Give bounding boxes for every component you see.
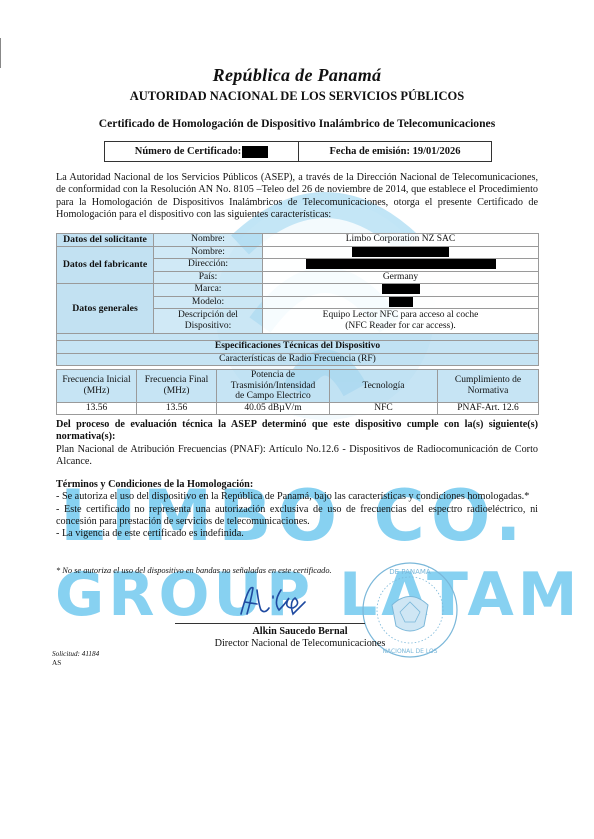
- rf-title: Características de Radio Frecuencia (RF): [57, 353, 539, 366]
- applicant-name-label: Nombre:: [154, 234, 263, 247]
- rf-specs-table: Frecuencia Inicial(MHz) Frecuencia Final…: [56, 369, 539, 415]
- description-label-line1: Descripción del: [156, 310, 260, 321]
- model-redacted: [389, 297, 413, 307]
- terms-heading: Términos y Condiciones de la Homologació…: [56, 479, 538, 491]
- rf-start-freq-value: 13.56: [57, 402, 137, 414]
- rf-header-row: Frecuencia Inicial(MHz) Frecuencia Final…: [57, 370, 539, 403]
- manufacturer-address-redacted: [306, 259, 496, 269]
- svg-text:NACIONAL DE LOS: NACIONAL DE LOS: [383, 648, 438, 655]
- manufacturer-country-label: País:: [154, 271, 263, 284]
- rf-header-start-freq: Frecuencia Inicial(MHz): [57, 370, 137, 403]
- signature-line: [175, 623, 365, 624]
- tech-specs-title: Especificaciones Técnicas del Dispositiv…: [57, 341, 539, 354]
- manufacturer-section-label: Datos del fabricante: [57, 246, 154, 284]
- certificate-number-label: Número de Certificado:: [135, 146, 242, 157]
- rf-header-compliance: Cumplimiento deNormativa: [438, 370, 539, 403]
- agency-name: AUTORIDAD NACIONAL DE LOS SERVICIOS PÚBL…: [0, 89, 594, 104]
- spacer-row: [57, 334, 539, 341]
- manufacturer-name-value: [263, 246, 539, 259]
- manufacturer-address-value: [263, 259, 539, 272]
- evaluation-section: Del proceso de evaluación técnica la ASE…: [56, 419, 538, 468]
- description-value-line2: (NFC Reader for car access).: [265, 321, 536, 332]
- manufacturer-name-redacted: [352, 247, 449, 257]
- issue-date-cell: Fecha de emisión: 19/01/2026: [299, 142, 491, 161]
- rf-header-end-freq: Frecuencia Final(MHz): [137, 370, 217, 403]
- signature-icon: [235, 580, 315, 620]
- applicant-name-value: Limbo Corporation NZ SAC: [263, 234, 539, 247]
- footnote: * No se autoriza el uso del dispositivo …: [56, 566, 332, 575]
- svg-text:DE PANAMÁ: DE PANAMÁ: [389, 567, 431, 576]
- issue-date-label: Fecha de emisión:: [330, 146, 411, 157]
- model-label: Modelo:: [154, 296, 263, 309]
- terms-item: - La vigencia de este certificado es ind…: [56, 528, 538, 540]
- manufacturer-country-value: Germany: [263, 271, 539, 284]
- certificate-number-cell: Número de Certificado:: [105, 142, 299, 161]
- general-section-label: Datos generales: [57, 284, 154, 334]
- description-label-line2: Dispositivo:: [156, 321, 260, 332]
- initials: AS: [52, 659, 61, 668]
- model-value: [263, 296, 539, 309]
- evaluation-heading: Del proceso de evaluación técnica la ASE…: [56, 419, 538, 444]
- rf-end-freq-value: 13.56: [137, 402, 217, 414]
- description-label: Descripción del Dispositivo:: [154, 309, 263, 334]
- request-number: Solicitud: 41184: [52, 650, 99, 659]
- country-title: República de Panamá: [0, 65, 594, 86]
- rf-technology-value: NFC: [330, 402, 438, 414]
- signer-name: Alkin Saucedo Bernal: [175, 626, 425, 637]
- evaluation-text: Plan Nacional de Atribución Frecuencias …: [56, 444, 538, 469]
- certificate-info-box: Número de Certificado: Fecha de emisión:…: [104, 141, 492, 162]
- certificate-page: LIMBO CO. GROUP LATAM República de Panam…: [0, 0, 594, 839]
- description-value: Equipo Lector NFC para acceso al coche (…: [263, 309, 539, 334]
- terms-item: - Este certificado no representa una aut…: [56, 504, 538, 529]
- terms-item: - Se autoriza el uso del dispositivo en …: [56, 491, 538, 503]
- manufacturer-name-label: Nombre:: [154, 246, 263, 259]
- terms-section: Términos y Condiciones de la Homologació…: [56, 479, 538, 540]
- rf-power-value: 40.05 dBµV/m: [217, 402, 330, 414]
- device-details-table: Datos del solicitante Nombre: Limbo Corp…: [56, 233, 539, 366]
- brand-redacted: [382, 284, 420, 294]
- table-row: 13.56 13.56 40.05 dBµV/m NFC PNAF-Art. 1…: [57, 402, 539, 414]
- certificate-number-redacted: [242, 146, 268, 158]
- signer-title: Director Nacional de Telecomunicaciones: [175, 638, 425, 649]
- description-value-line1: Equipo Lector NFC para acceso al coche: [265, 310, 536, 321]
- brand-label: Marca:: [154, 284, 263, 297]
- manufacturer-address-label: Dirección:: [154, 259, 263, 272]
- applicant-section-label: Datos del solicitante: [57, 234, 154, 247]
- issue-date-value: 19/01/2026: [413, 146, 461, 157]
- rf-header-technology: Tecnología: [330, 370, 438, 403]
- intro-paragraph: La Autoridad Nacional de los Servicios P…: [56, 172, 538, 221]
- certificate-title: Certificado de Homologación de Dispositi…: [0, 117, 594, 130]
- rf-header-power: Potencia de Trasmisión/Intensidadde Camp…: [217, 370, 330, 403]
- rf-compliance-value: PNAF-Art. 12.6: [438, 402, 539, 414]
- brand-value: [263, 284, 539, 297]
